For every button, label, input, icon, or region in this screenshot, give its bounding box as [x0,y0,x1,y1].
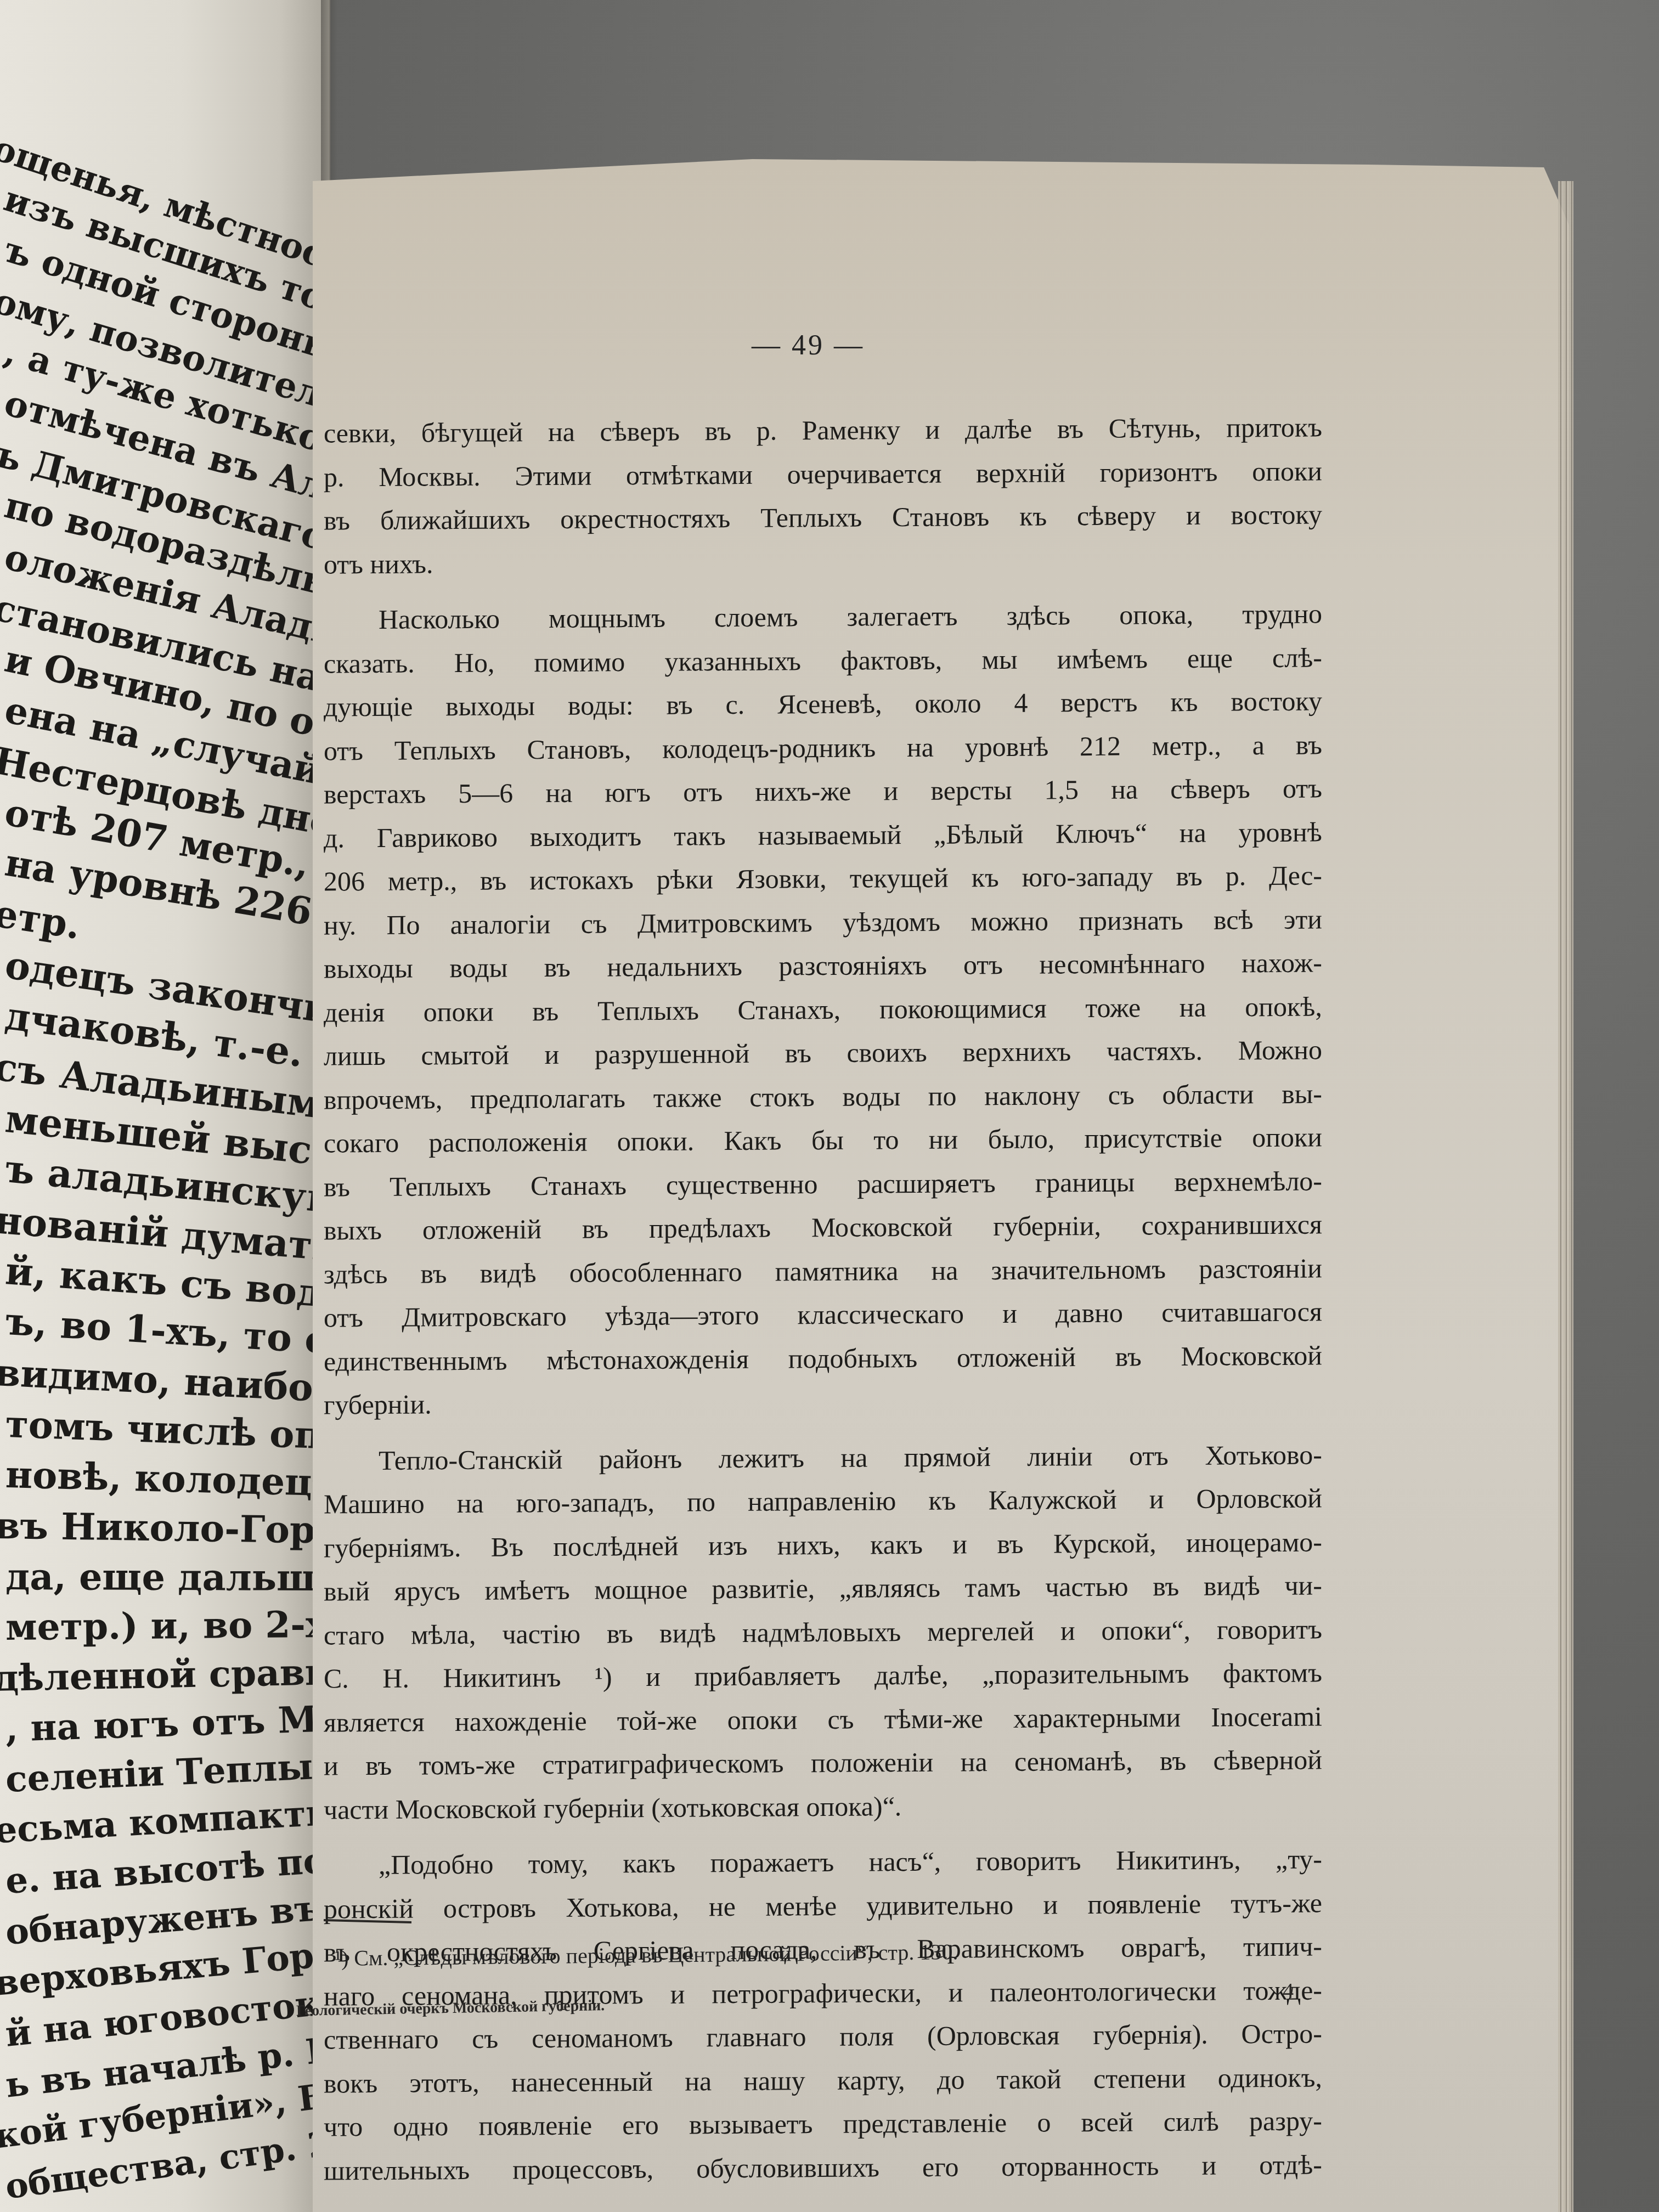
text-line: части Московской губерніи (хотьковская о… [324,1782,1322,1832]
left-page-text-fragment: метр.) и, во 2-хъ [5,1602,330,1649]
text-line: С. Н. Никитинъ ¹) и прибавляетъ далѣе, „… [324,1651,1322,1701]
left-page-text-fragment: новѣ, колодецъ на [5,1453,330,1506]
text-line: отъ Дмитровскаго уѣзда—этого классическа… [324,1290,1322,1340]
text-line: дующіе выходы воды: въ с. Ясеневѣ, около… [324,679,1322,729]
text-line: ронскій островъ Хотькова, не менѣе удиви… [324,1881,1322,1931]
text-line: „Подобно тому, какъ поражаетъ насъ“, гов… [324,1837,1322,1887]
text-line: Тепло-Станскій районъ лежитъ на прямой л… [324,1433,1322,1483]
text-line: сказать. Но, помимо указанныхъ фактовъ, … [324,636,1322,686]
text-line: вый ярусъ имѣетъ мощное развитіе, „являя… [324,1564,1322,1613]
text-line: р. Москвы. Этими отмѣтками очерчивается … [324,449,1322,499]
text-line: д. Гавриково выходитъ такъ называемый „Б… [324,810,1322,860]
text-line: стаго мѣла, частію въ видѣ надмѣловыхъ м… [324,1607,1322,1657]
text-line: ственнаго съ сеноманомъ главнаго поля (О… [324,2012,1322,2062]
text-line: въ ближайшихъ окрестностяхъ Теплыхъ Стан… [324,493,1322,543]
text-line: выходы воды въ недальнихъ разстояніяхъ о… [324,941,1322,991]
left-page-text-fragment: въ Николо-Горуш [0,1504,330,1553]
text-line: сокаго расположенія опоки. Какъ бы то ни… [324,1115,1322,1165]
text-line: впрочемъ, предполагать также стокъ воды … [324,1072,1322,1122]
text-line: денія опоки въ Теплыхъ Станахъ, покоющим… [324,985,1322,1035]
body-text: севки, бѣгущей на сѣверъ въ р. Раменку и… [324,405,1322,2192]
text-line: въ Теплыхъ Станахъ существенно расширяет… [324,1159,1322,1209]
left-page-text-fragment: , на югъ отъ Моск [5,1696,330,1750]
text-line: губерніямъ. Въ послѣдней изъ нихъ, какъ … [324,1520,1322,1570]
text-line: шительныхъ процессовъ, обусловившихъ его… [324,2143,1322,2193]
left-page-text-fragment: селенiи Теплые Ст [4,1742,330,1801]
left-facing-page: ощенья, мѣстность повизъ высшихъ точекъъ… [0,0,330,2212]
text-line: верстахъ 5—6 на югъ отъ нихъ-же и версты… [324,766,1322,816]
text-line: лишь смытой и разрушенной въ своихъ верх… [324,1028,1322,1078]
text-line: Машино на юго-западъ, по направленію къ … [324,1476,1322,1526]
text-line: ну. По аналогіи съ Дмитровскимъ уѣздомъ … [324,898,1322,947]
text-line: севки, бѣгущей на сѣверъ въ р. Раменку и… [324,405,1322,455]
text-line: вокъ этотъ, нанесенный на нашу карту, до… [324,2056,1322,2106]
page-number-header: — 49 — [752,329,865,362]
text-line: отъ Теплыхъ Становъ, колодецъ-родникъ на… [324,723,1322,773]
text-line: 206 метр., въ истокахъ рѣки Язовки, теку… [324,854,1322,904]
text-line: является нахожденіе той-же опоки съ тѣми… [324,1695,1322,1745]
left-page-text-fragment: да, еще дальше на [5,1555,330,1600]
page-edges [1558,181,1573,2212]
text-line: Насколько мощнымъ слоемъ залегаетъ здѣсь… [324,592,1322,642]
text-line: единственнымъ мѣстонахожденія подобныхъ … [324,1334,1322,1384]
paragraph: Тепло-Станскій районъ лежитъ на прямой л… [324,1433,1322,1832]
left-page-text-fragment: томъ числѣ опок [5,1402,330,1459]
left-page-text-fragment: дѣленной сравни [0,1650,330,1700]
text-line: губерніи. [324,1377,1322,1427]
left-page-text-fragment: етр. [0,891,83,948]
text-line: что одно появленіе его вызываетъ предста… [324,2099,1322,2149]
text-line: выхъ отложеній въ предѣлахъ Московской г… [324,1203,1322,1252]
paragraph: Насколько мощнымъ слоемъ залегаетъ здѣсь… [324,592,1322,1427]
signature-number: 4 [1283,1978,1294,2004]
text-line: и въ томъ-же стратиграфическомъ положені… [324,1738,1322,1788]
text-line: здѣсь въ видѣ обособленнаго памятника на… [324,1246,1322,1296]
paragraph: севки, бѣгущей на сѣверъ въ р. Раменку и… [324,405,1322,586]
text-line: отъ нихъ. [324,537,1322,586]
